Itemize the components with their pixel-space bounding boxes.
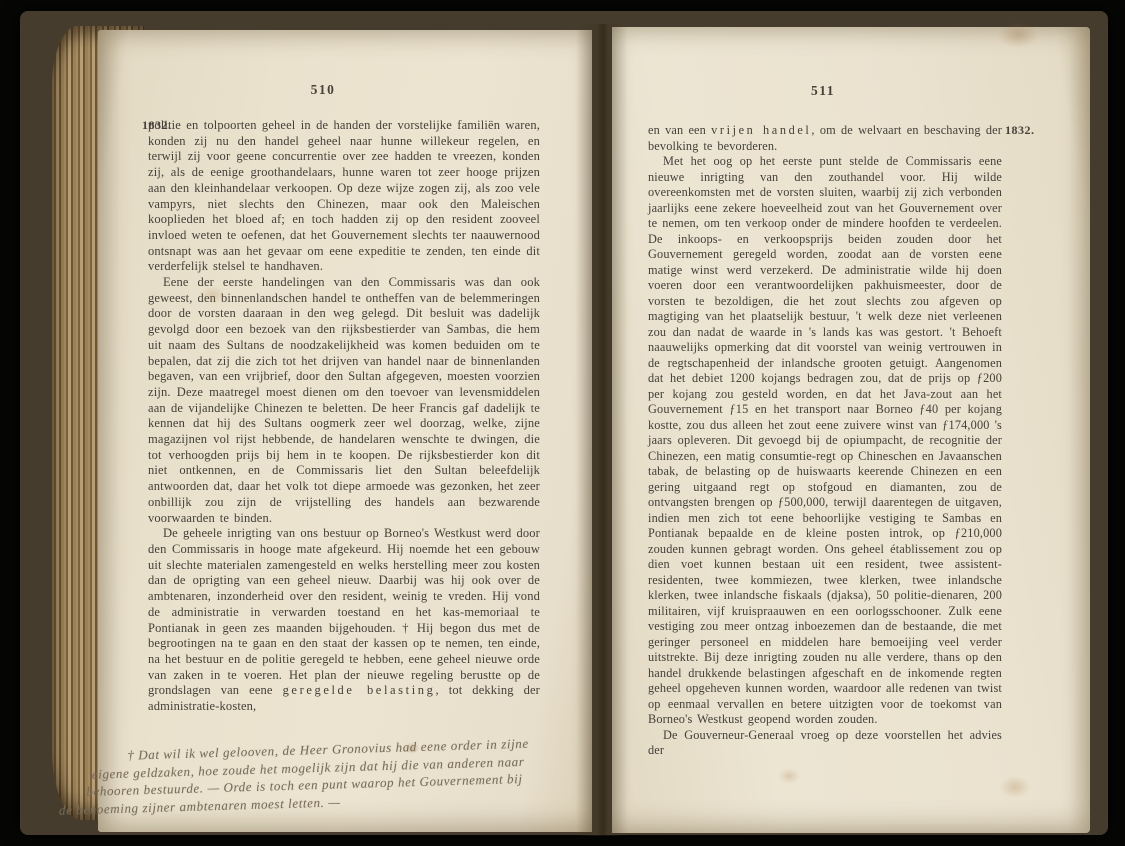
paragraph: De Gouverneur-Generaal vroeg op deze voo… xyxy=(648,728,1002,759)
right-page: 511 1832. en van een vrijen handel, om d… xyxy=(612,27,1090,833)
right-page-number: 511 xyxy=(584,83,1062,99)
left-text-column: politie en tolpoorten geheel in de hande… xyxy=(148,118,540,715)
right-margin-year: 1832. xyxy=(1005,123,1035,138)
left-page: 510 1832. politie en tolpoorten geheel i… xyxy=(98,30,592,832)
paragraph: en van een vrijen handel, om de welvaart… xyxy=(648,123,1002,154)
paragraph: Met het oog op het eerste punt stelde de… xyxy=(648,154,1002,728)
emphasized-spaced-text: geregelde belasting xyxy=(283,683,436,697)
book-photo: 510 1832. politie en tolpoorten geheel i… xyxy=(0,0,1125,846)
paragraph: politie en tolpoorten geheel in de hande… xyxy=(148,118,540,275)
paragraph: De geheele inrigting van ons bestuur op … xyxy=(148,526,540,714)
paragraph-text: De geheele inrigting van ons bestuur op … xyxy=(148,526,540,697)
paragraph: Eene der eerste handelingen van den Comm… xyxy=(148,275,540,526)
paragraph-text: en van een xyxy=(648,123,711,137)
right-text-column: en van een vrijen handel, om de welvaart… xyxy=(648,123,1002,759)
left-page-number: 510 xyxy=(76,82,570,98)
emphasized-spaced-text: vrijen handel xyxy=(711,123,811,137)
